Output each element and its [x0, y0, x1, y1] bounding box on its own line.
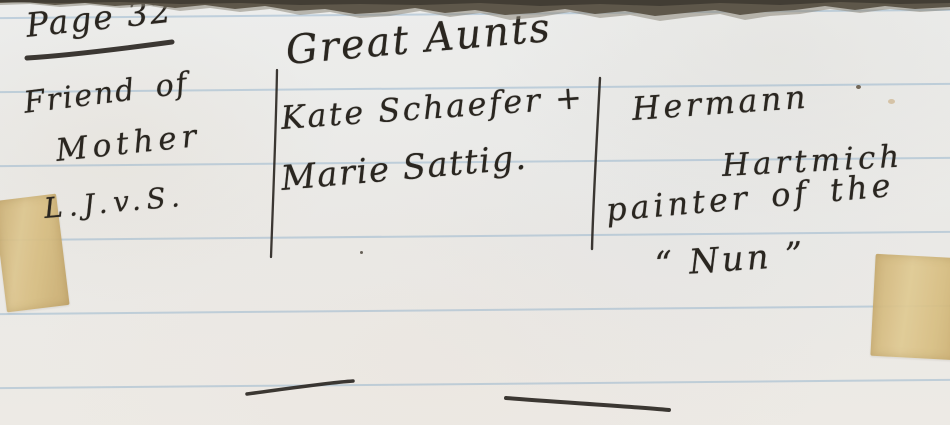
- tape-piece-right: [870, 254, 950, 360]
- ruled-line: [0, 305, 950, 315]
- ink-speck: [360, 251, 363, 254]
- torn-page-top-edge: [0, 0, 950, 26]
- ruled-line: [0, 231, 950, 241]
- ink-speck: [856, 85, 861, 89]
- ruled-line: [0, 379, 950, 389]
- stain-fleck: [888, 99, 895, 104]
- album-page-photo: Page 32 Friend of Mother L.J.v.S. Great …: [0, 0, 950, 425]
